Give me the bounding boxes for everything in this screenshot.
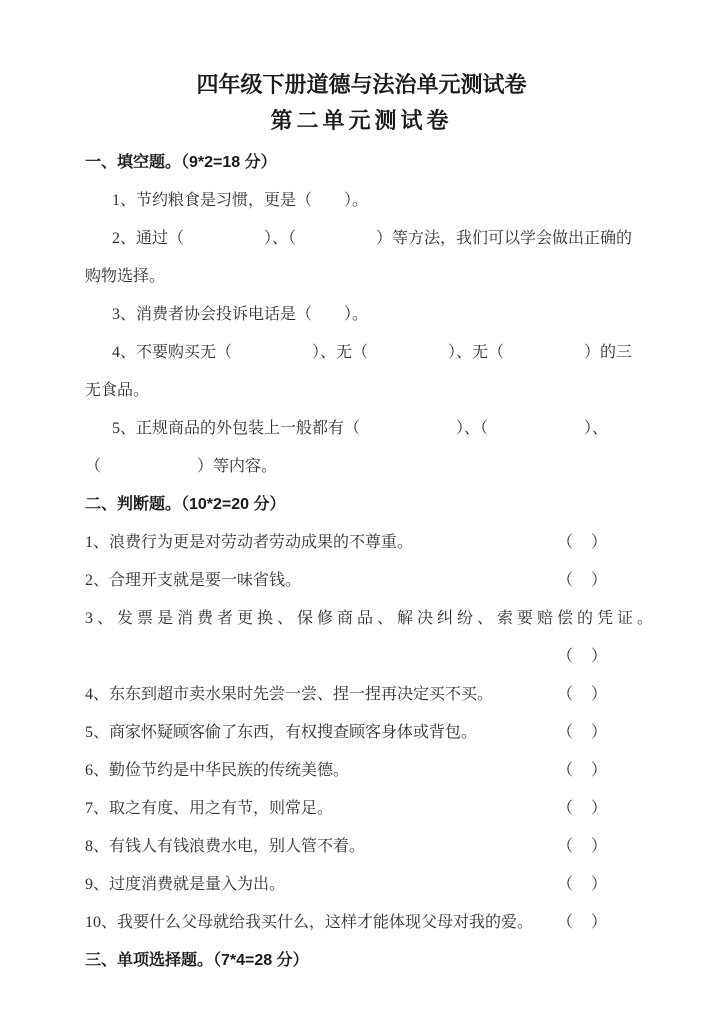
fill-q2-line1: 2、通过（ ）、（ ）等方法，我们可以学会做出正确的: [0, 220, 723, 258]
judge-text: 5、商家怀疑顾客偷了东西，有权搜查顾客身体或背包。: [85, 724, 477, 741]
fill-q4-line1: 4、不要购买无（ ）、无（ ）、无（ ）的三: [0, 334, 723, 372]
judge-text: 4、东东到超市卖水果时先尝一尝、捏一捏再决定买不买。: [85, 686, 493, 703]
fill-q4-line2: 无食品。: [0, 372, 723, 410]
judge-item-6: 6、勤俭节约是中华民族的传统美德。 （ ）: [0, 752, 723, 790]
answer-bracket: （ ）: [557, 904, 608, 942]
judge-item-1: 1、浪费行为更是对劳动者劳动成果的不尊重。 （ ）: [0, 524, 723, 562]
answer-bracket: （ ）: [557, 828, 608, 866]
judge-item-3-bracket-line: （ ）: [0, 638, 723, 676]
answer-bracket: （ ）: [557, 790, 608, 828]
section-choice-heading: 三、单项选择题。（7*4=28 分）: [0, 942, 723, 980]
section-judge-heading: 二、判断题。（10*2=20 分）: [0, 486, 723, 524]
section-fill-heading: 一、填空题。（9*2=18 分）: [0, 144, 723, 182]
judge-text: 3、发票是消费者更换、保修商品、解决纠纷、索要赔偿的凭证。: [85, 610, 657, 627]
judge-text: 9、过度消费就是量入为出。: [85, 876, 285, 893]
judge-text: 7、取之有度、用之有节，则常足。: [85, 800, 333, 817]
answer-bracket: （ ）: [557, 638, 608, 676]
answer-bracket: （ ）: [557, 676, 608, 714]
document-page: 四年级下册道德与法治单元测试卷 第二单元测试卷 一、填空题。（9*2=18 分）…: [0, 0, 723, 1024]
answer-bracket: （ ）: [557, 562, 608, 600]
judge-item-8: 8、有钱人有钱浪费水电，别人管不着。 （ ）: [0, 828, 723, 866]
fill-q3-line1: 3、消费者协会投诉电话是（ ）。: [0, 296, 723, 334]
answer-bracket: （ ）: [557, 714, 608, 752]
judge-text: 6、勤俭节约是中华民族的传统美德。: [85, 762, 349, 779]
fill-q5-line2: （ ）等内容。: [0, 448, 723, 486]
judge-item-3: 3、发票是消费者更换、保修商品、解决纠纷、索要赔偿的凭证。: [0, 600, 723, 638]
judge-text: 2、合理开支就是要一味省钱。: [85, 572, 301, 589]
doc-subtitle: 第二单元测试卷: [0, 106, 723, 136]
answer-bracket: （ ）: [557, 524, 608, 562]
judge-item-9: 9、过度消费就是量入为出。 （ ）: [0, 866, 723, 904]
fill-q5-line1: 5、正规商品的外包装上一般都有（ ）、（ ）、: [0, 410, 723, 448]
judge-text: 10、我要什么父母就给我买什么，这样才能体现父母对我的爱。: [85, 914, 533, 931]
judge-item-7: 7、取之有度、用之有节，则常足。 （ ）: [0, 790, 723, 828]
judge-item-10: 10、我要什么父母就给我买什么，这样才能体现父母对我的爱。 （ ）: [0, 904, 723, 942]
judge-text: 8、有钱人有钱浪费水电，别人管不着。: [85, 838, 365, 855]
answer-bracket: （ ）: [557, 866, 608, 904]
judge-item-5: 5、商家怀疑顾客偷了东西，有权搜查顾客身体或背包。 （ ）: [0, 714, 723, 752]
doc-body: 一、填空题。（9*2=18 分） 1、节约粮食是习惯，更是（ ）。 2、通过（ …: [0, 144, 723, 980]
judge-item-2: 2、合理开支就是要一味省钱。 （ ）: [0, 562, 723, 600]
fill-q2-line2: 购物选择。: [0, 258, 723, 296]
doc-title: 四年级下册道德与法治单元测试卷: [0, 0, 723, 100]
judge-item-4: 4、东东到超市卖水果时先尝一尝、捏一捏再决定买不买。 （ ）: [0, 676, 723, 714]
fill-q1-line1: 1、节约粮食是习惯，更是（ ）。: [0, 182, 723, 220]
answer-bracket: （ ）: [557, 752, 608, 790]
judge-text: 1、浪费行为更是对劳动者劳动成果的不尊重。: [85, 534, 413, 551]
